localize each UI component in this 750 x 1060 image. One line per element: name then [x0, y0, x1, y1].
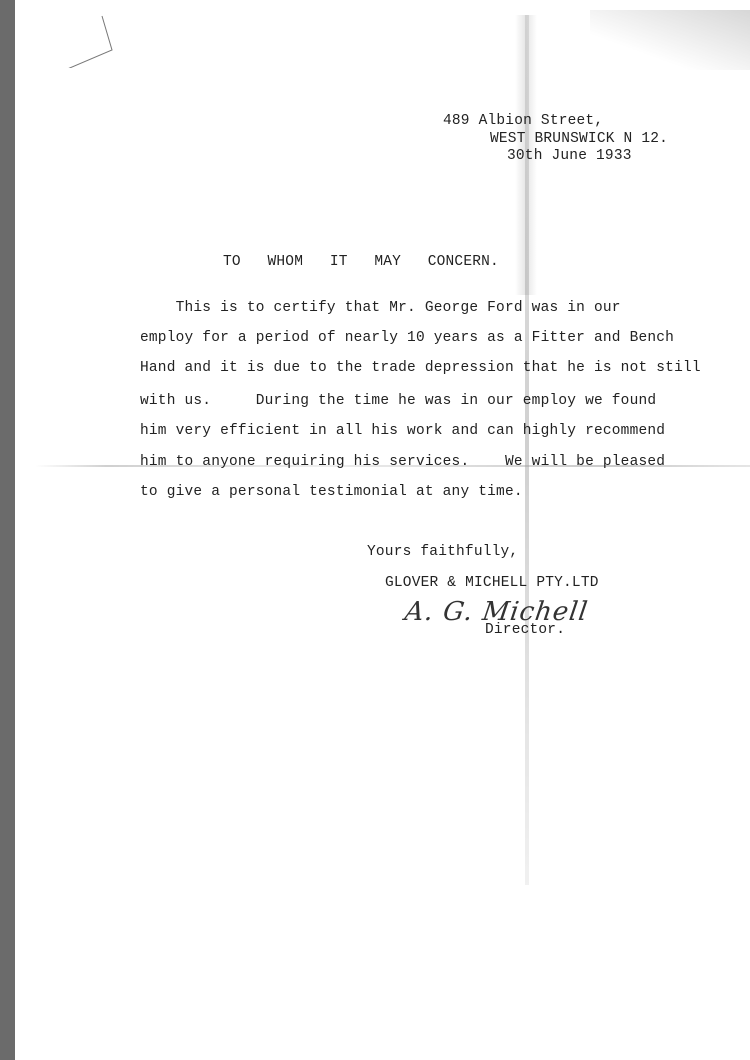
address-suburb: WEST BRUNSWICK N 12. — [490, 131, 668, 147]
letter-date: 30th June 1933 — [507, 148, 632, 164]
body-line: This is to certify that Mr. George Ford … — [140, 300, 621, 316]
scan-edge — [0, 0, 15, 1060]
body-line: him very efficient in all his work and c… — [140, 423, 665, 439]
body-line: employ for a period of nearly 10 years a… — [140, 330, 674, 346]
salutation: TO WHOM IT MAY CONCERN. — [223, 254, 499, 270]
body-line: Hand and it is due to the trade depressi… — [140, 360, 701, 376]
address-street: 489 Albion Street, — [443, 113, 603, 129]
body-line: to give a personal testimonial at any ti… — [140, 484, 523, 500]
body-line: him to anyone requiring his services. We… — [140, 454, 665, 470]
company-name: GLOVER & MICHELL PTY.LTD — [385, 575, 599, 591]
corner-crease-mark — [40, 8, 130, 68]
signatory-title: Director. — [485, 622, 565, 638]
closing: Yours faithfully, — [367, 544, 518, 560]
body-line: with us. During the time he was in our e… — [140, 393, 656, 409]
letter-page: 489 Albion Street, WEST BRUNSWICK N 12. … — [15, 0, 750, 1060]
page-corner-fold — [590, 10, 750, 70]
